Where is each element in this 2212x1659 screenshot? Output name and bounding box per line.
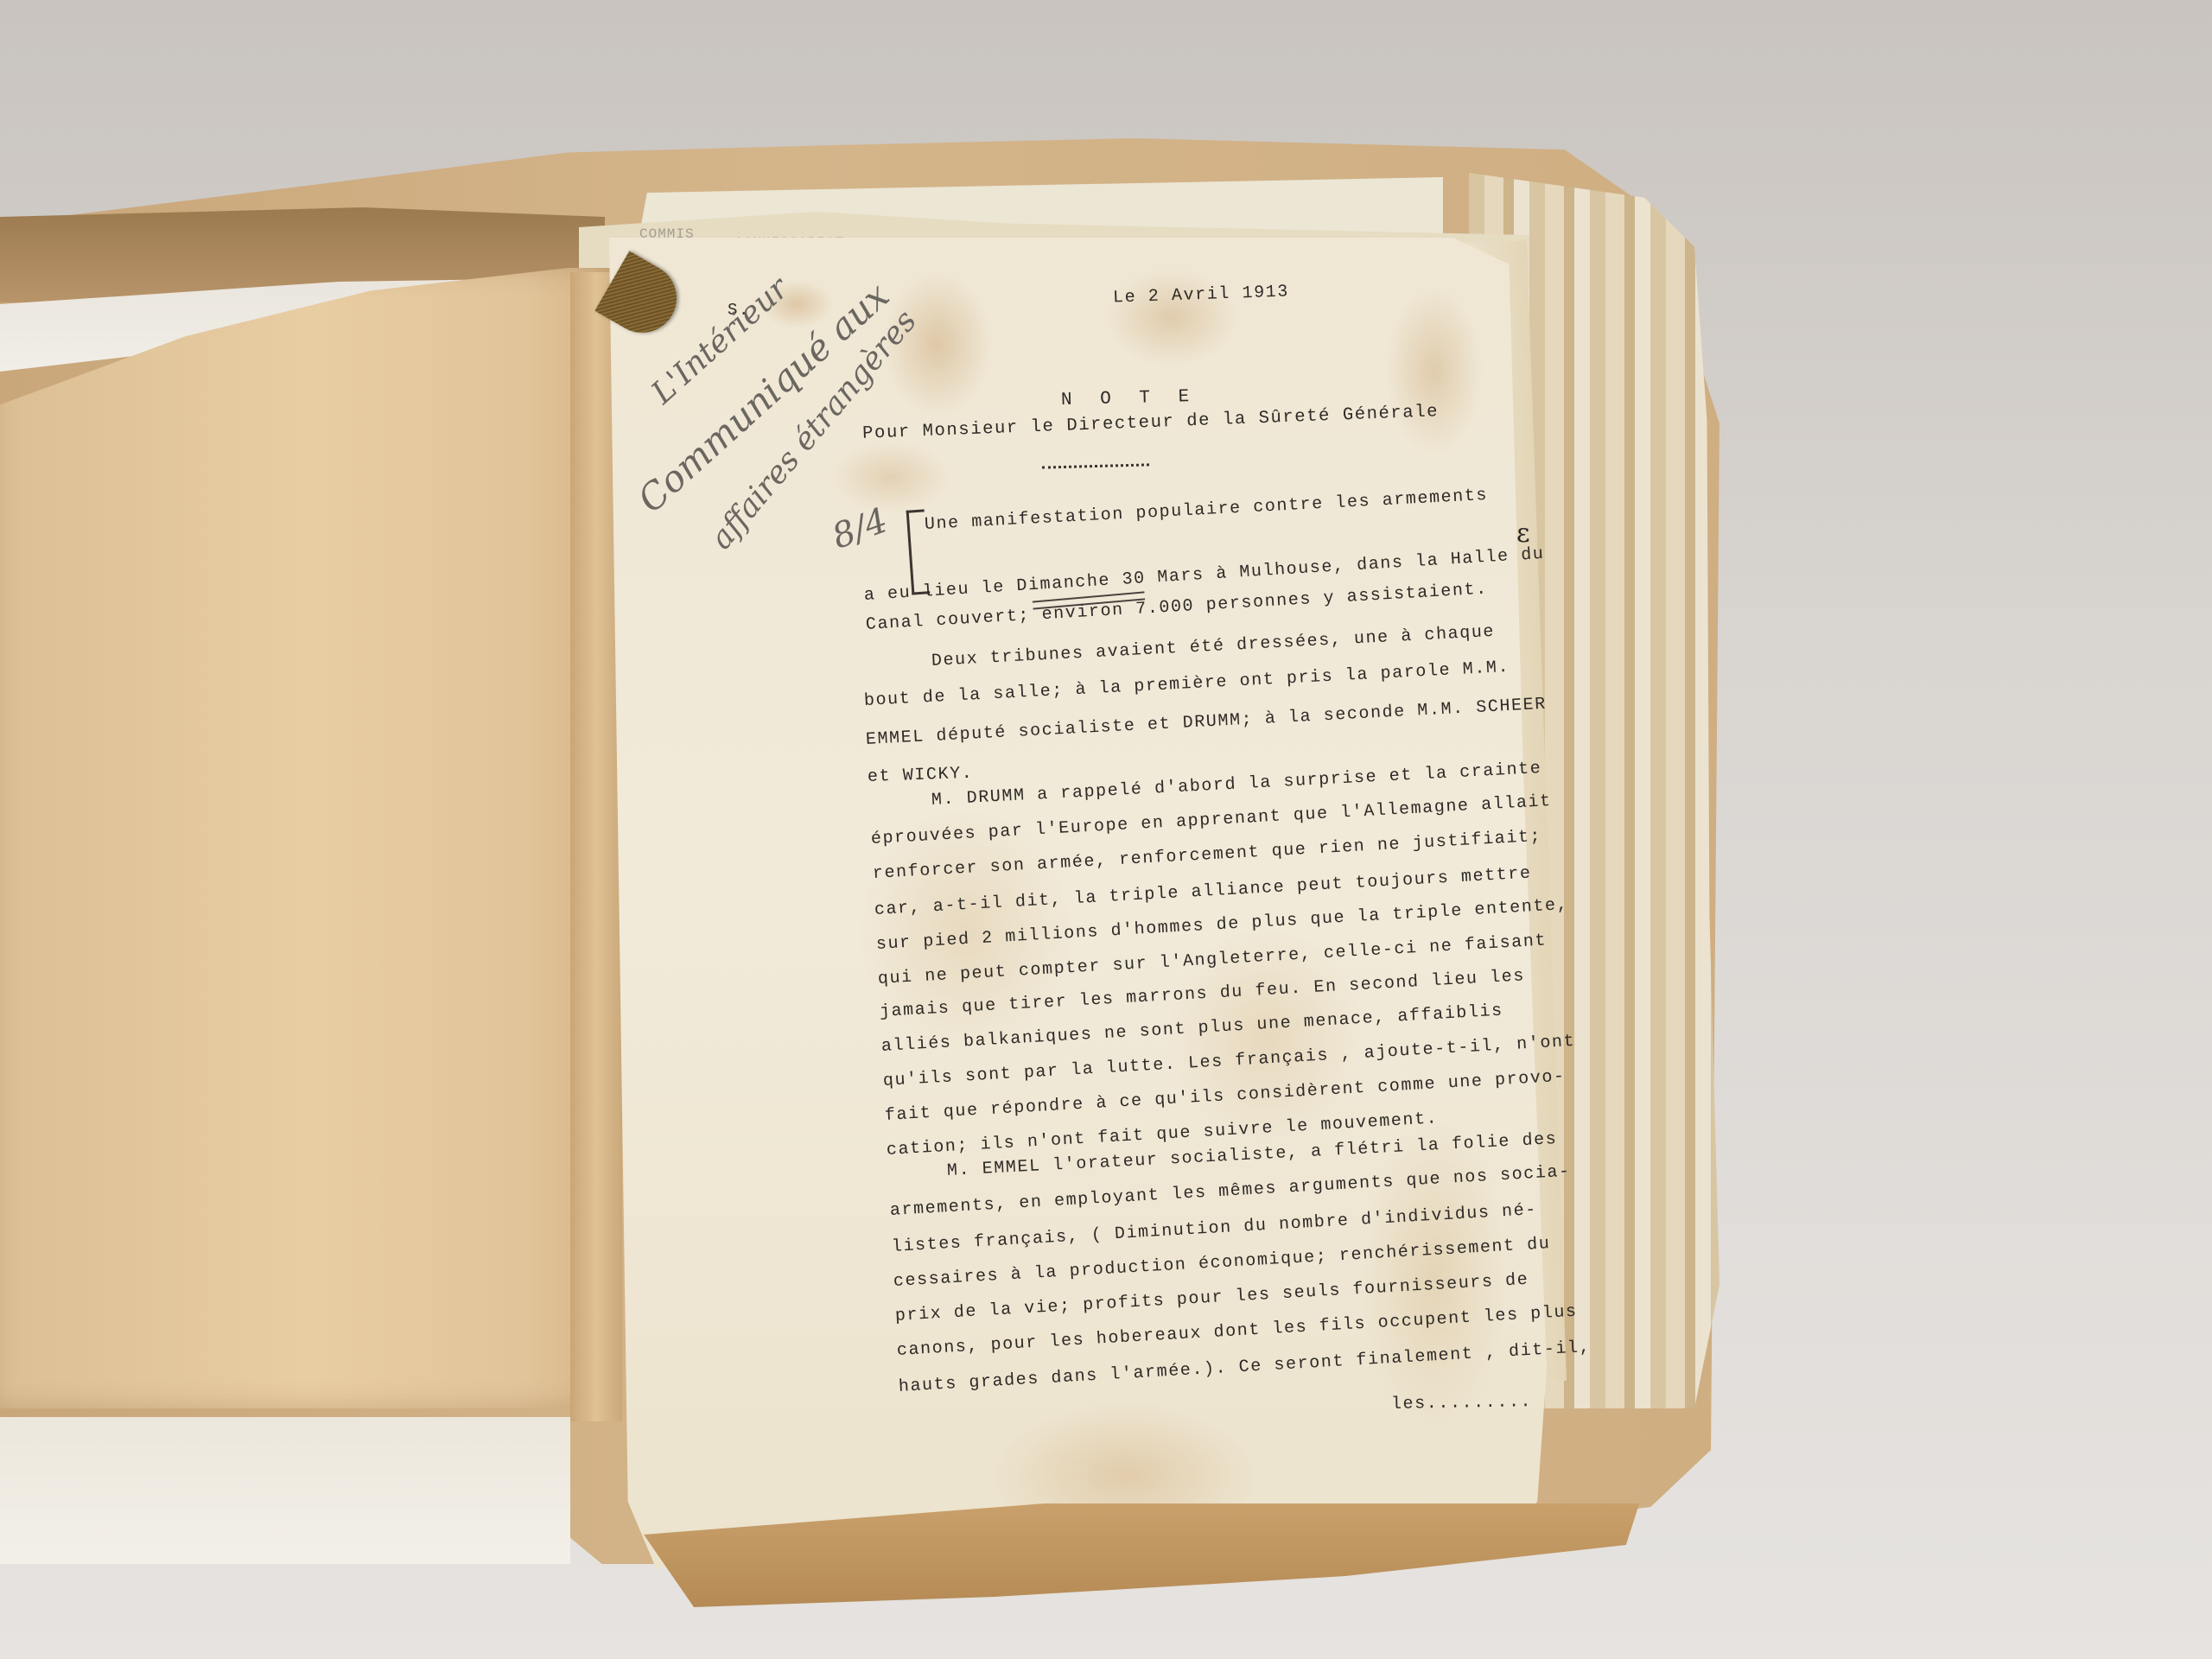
folder-left-cover[interactable]: [0, 268, 618, 1408]
body-line: et WICKY.: [868, 764, 974, 787]
handwritten-annotation: L'Intérieur Communiqué aux affaires étra…: [622, 294, 916, 579]
margin-mark: ɛ: [1516, 518, 1530, 549]
loose-sheets-bottom-left: [0, 1417, 570, 1564]
body-line-continuation: les.........: [1391, 1392, 1533, 1414]
handwriting-initials: 8/4: [827, 500, 893, 556]
document-title: N O T E: [1061, 387, 1198, 410]
